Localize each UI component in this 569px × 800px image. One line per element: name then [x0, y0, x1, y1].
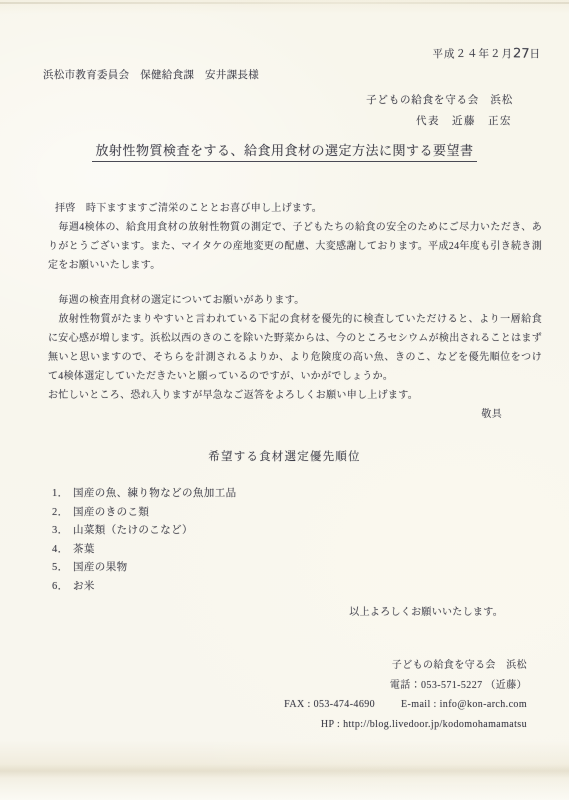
footer-org-line: 子どもの給食を守る会 浜松 — [284, 656, 527, 676]
date-suffix: 日 — [530, 49, 542, 60]
priority-list: 1．国産の魚、練り物などの魚加工品 2．国産のきのこ類 3．山菜類（たけのこなど… — [52, 485, 237, 596]
list-item-number: 6． — [52, 578, 73, 597]
sender-representative-line: 代表 近藤 正宏 — [416, 113, 512, 128]
list-item-text: お米 — [73, 581, 95, 592]
scan-artifact-bottom-band — [0, 764, 569, 778]
footer-fax: FAX : 053-474-4690 — [284, 699, 375, 710]
after-list-note: 以上よろしくお願いいたします。 — [349, 603, 503, 618]
date-prefix: 平成２４年２月 — [432, 49, 513, 60]
list-item-text: 国産の果物 — [73, 562, 128, 573]
footer-tel-line: 電話：053-571-5227 （近藤） — [284, 676, 527, 696]
footer-hp-line: HP : http://blog.livedoor.jp/kodomohamam… — [284, 715, 527, 735]
paragraph-hurry: お忙しいところ、恐れ入りますが早急なご返答をよろしくお願い申し上げます。 — [48, 386, 542, 405]
list-item-number: 2． — [52, 504, 73, 523]
scan-artifact-top-edge — [0, 2, 569, 4]
date-line: 平成２４年２月27日 — [432, 46, 541, 61]
list-item-text: 国産のきのこ類 — [73, 507, 149, 518]
recipient-line: 浜松市教育委員会 保健給食課 安井課長様 — [43, 67, 259, 82]
greeting-line: 拝啓 時下ますますご清栄のこととお喜び申し上げます。 — [48, 199, 542, 218]
letter-title-wrap: 放射性物質検査をする、給食用食材の選定方法に関する要望書 — [0, 140, 569, 162]
list-item: 2．国産のきのこ類 — [52, 504, 237, 523]
list-heading: 希望する食材選定優先順位 — [0, 448, 569, 464]
footer-fax-email-line: FAX : 053-474-4690E-mail : info@kon-arch… — [284, 695, 527, 715]
list-item: 6．お米 — [52, 578, 237, 597]
list-item-text: 山菜類（たけのこなど） — [73, 525, 193, 536]
paragraph-request-intro: 毎週の検査用食材の選定についてお願いがあります。 — [48, 291, 542, 310]
list-item-text: 茶葉 — [73, 544, 95, 555]
list-item: 3．山菜類（たけのこなど） — [52, 522, 237, 541]
list-item-text: 国産の魚、練り物などの魚加工品 — [73, 488, 237, 499]
list-item: 5．国産の果物 — [52, 559, 237, 578]
paragraph-request-detail: 放射性物質がたまりやすいと言われている下記の食材を優先的に検査していただけると、… — [48, 310, 542, 386]
paragraph-thanks: 毎週4検体の、給食用食材の放射性物質の測定で、子どもたちの給食の安全のためにご尽… — [48, 218, 542, 275]
list-item: 4．茶葉 — [52, 541, 237, 560]
sender-org-line: 子どもの給食を守る会 浜松 — [366, 92, 513, 107]
letter-body: 拝啓 時下ますますご清栄のこととお喜び申し上げます。 毎週4検体の、給食用食材の… — [48, 199, 542, 424]
footer-email: E-mail : info@kon-arch.com — [401, 699, 527, 710]
letter-title: 放射性物質検査をする、給食用食材の選定方法に関する要望書 — [92, 140, 476, 162]
list-item: 1．国産の魚、練り物などの魚加工品 — [52, 485, 237, 504]
list-item-number: 4． — [52, 541, 73, 560]
footer-contact-block: 子どもの給食を守る会 浜松 電話：053-571-5227 （近藤） FAX :… — [284, 656, 527, 734]
list-item-number: 3． — [52, 522, 73, 541]
date-day-handwritten: 27 — [513, 46, 530, 61]
scanned-letter-page: 平成２４年２月27日 浜松市教育委員会 保健給食課 安井課長様 子どもの給食を守… — [0, 0, 569, 800]
closing-keigu: 敬具 — [48, 405, 542, 424]
list-item-number: 5． — [52, 559, 73, 578]
list-item-number: 1． — [52, 485, 73, 504]
